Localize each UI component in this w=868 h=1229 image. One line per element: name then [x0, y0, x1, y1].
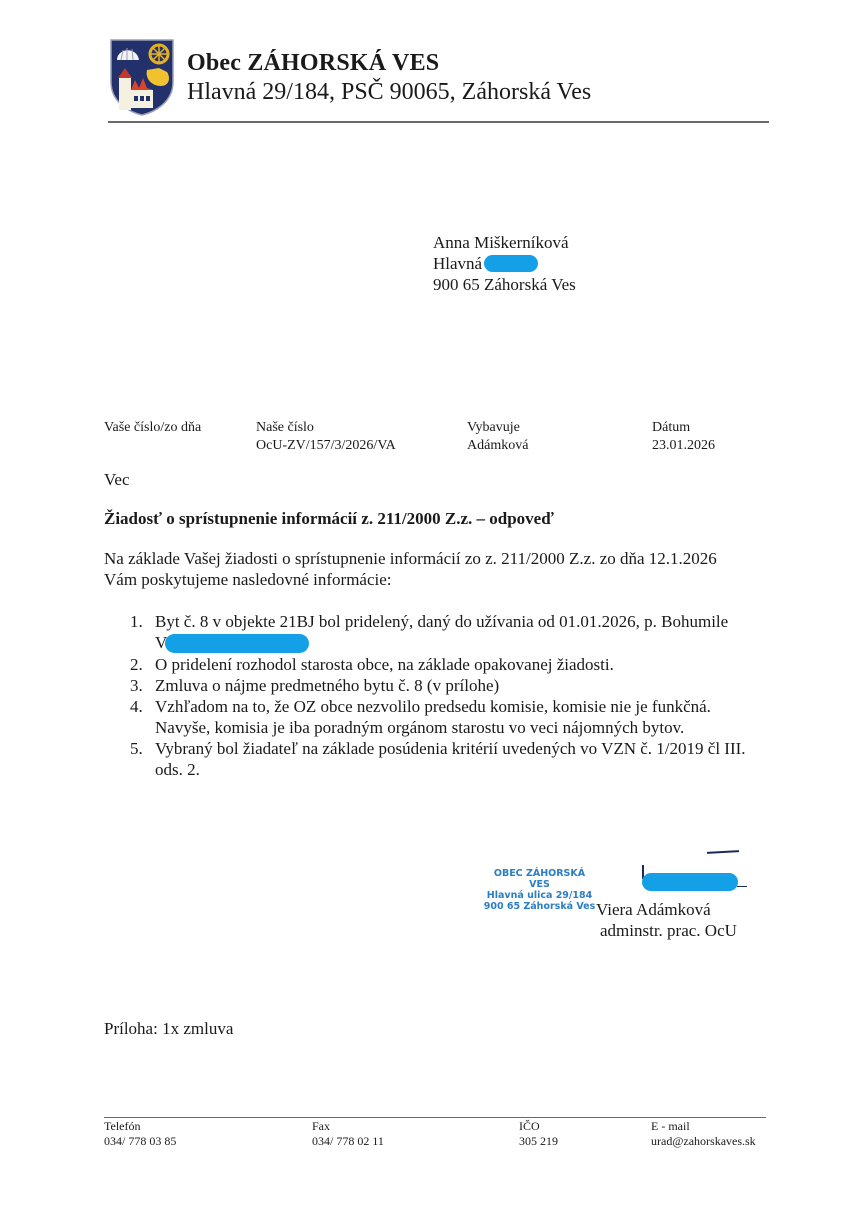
recipient-street: Hlavná: [433, 253, 576, 274]
recipient-city: 900 65 Záhorská Ves: [433, 274, 576, 295]
ref-your-number: Vaše číslo/zo dňa: [104, 419, 201, 437]
redaction-mark: [484, 255, 538, 272]
footer-email: E - mail urad@zahorskaves.sk: [651, 1119, 756, 1149]
ref-handled-by: Vybavuje Adámková: [467, 419, 528, 455]
recipient-address: Anna Miškerníková Hlavná 900 65 Záhorská…: [433, 232, 576, 295]
org-name: Obec ZÁHORSKÁ VES: [187, 50, 439, 77]
recipient-name: Anna Miškerníková: [433, 232, 576, 253]
subject-label: Vec: [104, 470, 129, 490]
ref-our-number: Naše číslo OcU-ZV/157/3/2026/VA: [256, 419, 396, 455]
list-item: 3. Zmluva o nájme predmetného bytu č. 8 …: [104, 675, 784, 696]
intro-paragraph: Na základe Vašej žiadosti o sprístupneni…: [104, 548, 784, 590]
subject-heading: Žiadosť o sprístupnenie informácií z. 21…: [104, 509, 554, 529]
footer-phone: Telefón 034/ 778 03 85: [104, 1119, 176, 1149]
footer-fax: Fax 034/ 778 02 11: [312, 1119, 384, 1149]
official-stamp: OBEC ZÁHORSKÁ VES Hlavná ulica 29/184 90…: [482, 868, 597, 912]
list-item: 4. Vzhľadom na to, že OZ obce nezvolilo …: [104, 696, 784, 738]
attachment-note: Príloha: 1x zmluva: [104, 1019, 233, 1039]
footer-ico: IČO 305 219: [519, 1119, 558, 1149]
information-list: 1. Byt č. 8 v objekte 21BJ bol pridelený…: [104, 611, 784, 780]
list-item: 2. O pridelení rozhodol starosta obce, n…: [104, 654, 784, 675]
signer-block: Viera Adámková adminstr. prac. OcU: [596, 899, 737, 941]
signature-stroke: [737, 886, 747, 887]
footer-divider: [104, 1117, 766, 1118]
coat-of-arms-icon: [109, 38, 175, 116]
list-item: 5. Vybraný bol žiadateľ na základe posúd…: [104, 738, 784, 780]
signer-name: Viera Adámková: [596, 899, 737, 920]
header-divider: [108, 121, 769, 123]
ref-date: Dátum 23.01.2026: [652, 419, 715, 455]
org-address: Hlavná 29/184, PSČ 90065, Záhorská Ves: [187, 79, 591, 106]
signature-redaction: [642, 873, 738, 891]
list-item: 1. Byt č. 8 v objekte 21BJ bol pridelený…: [104, 611, 784, 654]
signer-role: adminstr. prac. OcU: [596, 920, 737, 941]
signature-stroke: [707, 850, 739, 854]
redaction-mark: [165, 634, 309, 653]
